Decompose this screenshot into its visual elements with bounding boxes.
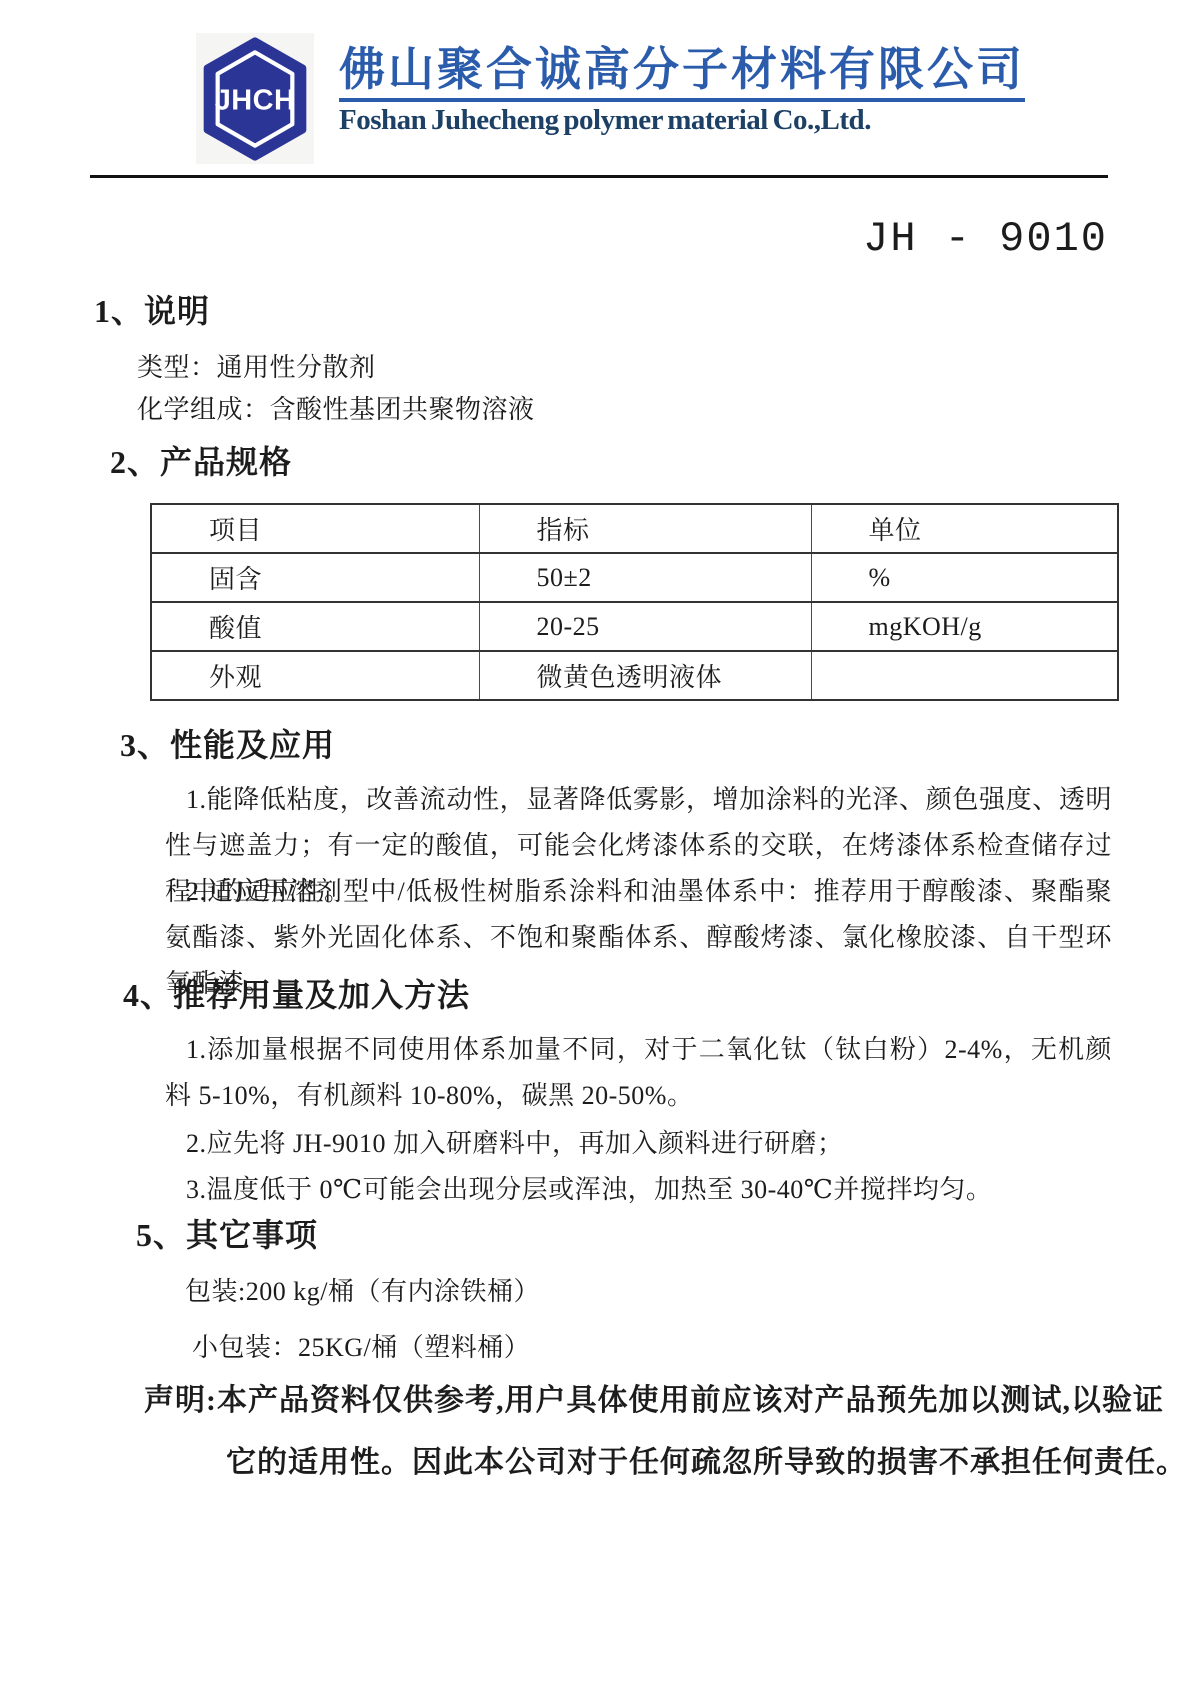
spec-cell bbox=[811, 651, 1118, 700]
section-4-heading: 4、推荐用量及加入方法 bbox=[123, 976, 470, 1014]
spec-cell: 20-25 bbox=[479, 602, 811, 651]
spec-header-value: 指标 bbox=[479, 504, 811, 553]
spec-table-row-solid-content: 固含 50±2 % bbox=[151, 553, 1118, 602]
spec-cell: 50±2 bbox=[479, 553, 811, 602]
spec-cell: 固含 bbox=[151, 553, 479, 602]
product-title: JH - 9010 bbox=[0, 218, 1108, 260]
disclaimer-line-1: 声明:本产品资料仅供参考,用户具体使用前应该对产品预先加以测试,以验证 bbox=[144, 1381, 1164, 1420]
spec-cell: mgKOH/g bbox=[811, 602, 1118, 651]
spec-cell: 外观 bbox=[151, 651, 479, 700]
dosage-item-1: 1.添加量根据不同使用体系加量不同，对于二氧化钛（钛白粉）2-4%，无机颜料 5… bbox=[165, 1027, 1112, 1119]
product-datasheet-page: JHCH 佛山聚合诚高分子材料有限公司 Foshan Juhecheng pol… bbox=[0, 0, 1200, 1697]
spec-cell: 微黄色透明液体 bbox=[479, 651, 811, 700]
chemical-composition-line: 化学组成：含酸性基团共聚物溶液 bbox=[137, 392, 535, 427]
section-3-heading: 3、性能及应用 bbox=[120, 726, 335, 764]
jhch-hexagon-icon: JHCH bbox=[199, 36, 311, 162]
spec-cell: 酸值 bbox=[151, 602, 479, 651]
spec-header-unit: 单位 bbox=[811, 504, 1118, 553]
spec-table: 项目 指标 单位 固含 50±2 % 酸值 20-25 mgKOH/g 外观 微… bbox=[150, 503, 1119, 701]
spec-table-header-row: 项目 指标 单位 bbox=[151, 504, 1118, 553]
company-name-en: Foshan Juhecheng polymer material Co.,Lt… bbox=[339, 105, 1025, 137]
section-1-heading: 1、说明 bbox=[94, 292, 210, 330]
spec-table-row-appearance: 外观 微黄色透明液体 bbox=[151, 651, 1118, 700]
spec-header-item: 项目 bbox=[151, 504, 479, 553]
dosage-item-3: 3.温度低于 0℃可能会出现分层或浑浊，加热至 30-40℃并搅拌均匀。 bbox=[165, 1167, 1112, 1213]
small-packaging-line: 小包装：25KG/桶（塑料桶） bbox=[192, 1330, 530, 1365]
logo-text: JHCH bbox=[215, 84, 296, 116]
section-2-heading: 2、产品规格 bbox=[110, 443, 292, 481]
dosage-item-2: 2.应先将 JH-9010 加入研磨料中，再加入颜料进行研磨； bbox=[165, 1121, 1112, 1167]
company-names: 佛山聚合诚高分子材料有限公司 Foshan Juhecheng polymer … bbox=[339, 44, 1025, 137]
spec-table-row-acid-value: 酸值 20-25 mgKOH/g bbox=[151, 602, 1118, 651]
product-type-line: 类型：通用性分散剂 bbox=[137, 350, 376, 385]
section-5-heading: 5、其它事项 bbox=[136, 1216, 318, 1254]
spec-cell: % bbox=[811, 553, 1118, 602]
company-name-zh: 佛山聚合诚高分子材料有限公司 bbox=[339, 44, 1025, 102]
disclaimer-line-2: 它的适用性。因此本公司对于任何疏忽所导致的损害不承担任何责任。 bbox=[226, 1443, 1187, 1482]
packaging-line: 包装:200 kg/桶（有内涂铁桶） bbox=[185, 1274, 540, 1309]
header-divider bbox=[90, 175, 1108, 178]
company-logo: JHCH bbox=[196, 33, 314, 164]
